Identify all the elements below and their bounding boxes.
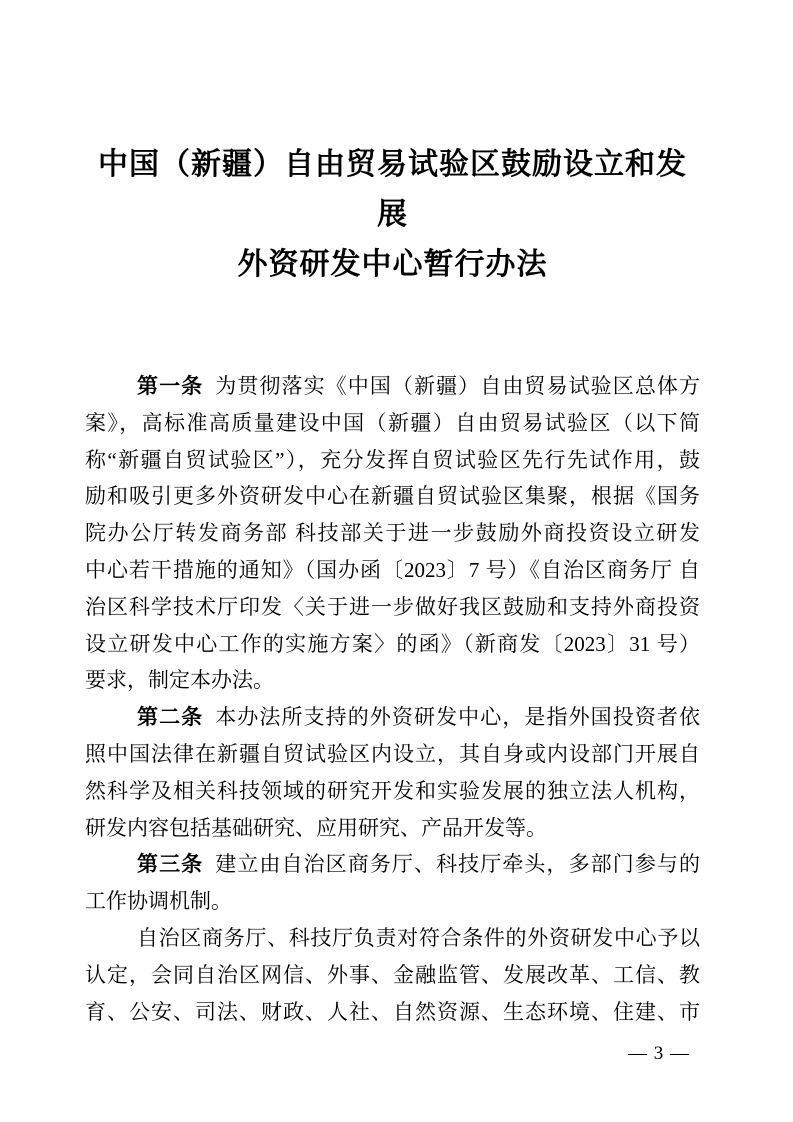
line-text: 育、公安、司法、财政、人社、自然资源、生态环境、住建、市 [85,1000,700,1024]
line-text: 自治区商务厅、科技厅负责对符合条件的外资研发中心予以 [137,926,700,950]
line-text: 案》，高标准高质量建设中国（新疆）自由贸易试验区（以下简 [85,411,700,435]
line-text: 要求，制定本办法。 [85,668,274,692]
line-text: 为贯彻落实《中国（新疆）自由贸易试验区总体方 [215,374,700,398]
title-line-2: 外资研发中心暂行办法 [85,240,700,290]
text-line: 然科学及相关科技领域的研究开发和实验发展的独立法人机构， [85,773,700,810]
line-text: 建立由自治区商务厅、科技厅牵头，多部门参与的 [215,852,700,876]
text-line: 设立研发中心工作的实施方案〉的函》（新商发〔2023〕31 号） [85,626,700,663]
line-text: 工作协调机制。 [85,889,232,913]
text-line: 自治区商务厅、科技厅负责对符合条件的外资研发中心予以 [85,920,700,957]
text-line: 称“新疆自贸试验区”），充分发挥自贸试验区先行先试作用，鼓 [85,442,700,479]
document-body: 第一条为贯彻落实《中国（新疆）自由贸易试验区总体方 案》，高标准高质量建设中国（… [85,368,700,1030]
text-line: 第二条本办法所支持的外资研发中心，是指外国投资者依 [85,699,700,736]
document-page: 中国（新疆）自由贸易试验区鼓励设立和发展 外资研发中心暂行办法 第一条为贯彻落实… [0,0,793,1122]
article-label: 第三条 [137,852,203,876]
text-line: 研发内容包括基础研究、应用研究、产品开发等。 [85,810,700,847]
article-label: 第二条 [137,705,203,729]
line-text: 认定，会同自治区网信、外事、金融监管、发展改革、工信、教 [85,963,700,987]
text-line: 治区科学技术厅印发〈关于进一步做好我区鼓励和支持外商投资 [85,589,700,626]
line-text: 院办公厅转发商务部 科技部关于进一步鼓励外商投资设立研发 [85,521,700,545]
line-text: 本办法所支持的外资研发中心，是指外国投资者依 [215,705,700,729]
text-line: 中心若干措施的通知》（国办函〔2023〕7 号）《自治区商务厅 自 [85,552,700,589]
article-label: 第一条 [137,374,203,398]
text-line: 第三条建立由自治区商务厅、科技厅牵头，多部门参与的 [85,846,700,883]
document-title: 中国（新疆）自由贸易试验区鼓励设立和发展 外资研发中心暂行办法 [85,140,700,290]
line-text: 励和吸引更多外资研发中心在新疆自贸试验区集聚，根据《国务 [85,484,700,508]
line-text: 称“新疆自贸试验区”），充分发挥自贸试验区先行先试作用，鼓 [85,448,700,472]
text-line: 工作协调机制。 [85,883,700,920]
line-text: 治区科学技术厅印发〈关于进一步做好我区鼓励和支持外商投资 [85,595,700,619]
text-line: 照中国法律在新疆自贸试验区内设立，其自身或内设部门开展自 [85,736,700,773]
page-number: — 3 — [85,1042,700,1066]
text-line: 励和吸引更多外资研发中心在新疆自贸试验区集聚，根据《国务 [85,478,700,515]
title-line-1: 中国（新疆）自由贸易试验区鼓励设立和发展 [85,140,700,240]
line-text: 然科学及相关科技领域的研究开发和实验发展的独立法人机构， [85,779,700,803]
text-line: 育、公安、司法、财政、人社、自然资源、生态环境、住建、市 [85,994,700,1031]
text-line: 案》，高标准高质量建设中国（新疆）自由贸易试验区（以下简 [85,405,700,442]
text-line: 认定，会同自治区网信、外事、金融监管、发展改革、工信、教 [85,957,700,994]
text-line: 要求，制定本办法。 [85,662,700,699]
line-text: 研发内容包括基础研究、应用研究、产品开发等。 [85,816,547,840]
line-text: 照中国法律在新疆自贸试验区内设立，其自身或内设部门开展自 [85,742,700,766]
text-line: 院办公厅转发商务部 科技部关于进一步鼓励外商投资设立研发 [85,515,700,552]
text-line: 第一条为贯彻落实《中国（新疆）自由贸易试验区总体方 [85,368,700,405]
line-text: 中心若干措施的通知》（国办函〔2023〕7 号）《自治区商务厅 自 [85,558,700,582]
line-text: 设立研发中心工作的实施方案〉的函》（新商发〔2023〕31 号） [85,632,700,656]
